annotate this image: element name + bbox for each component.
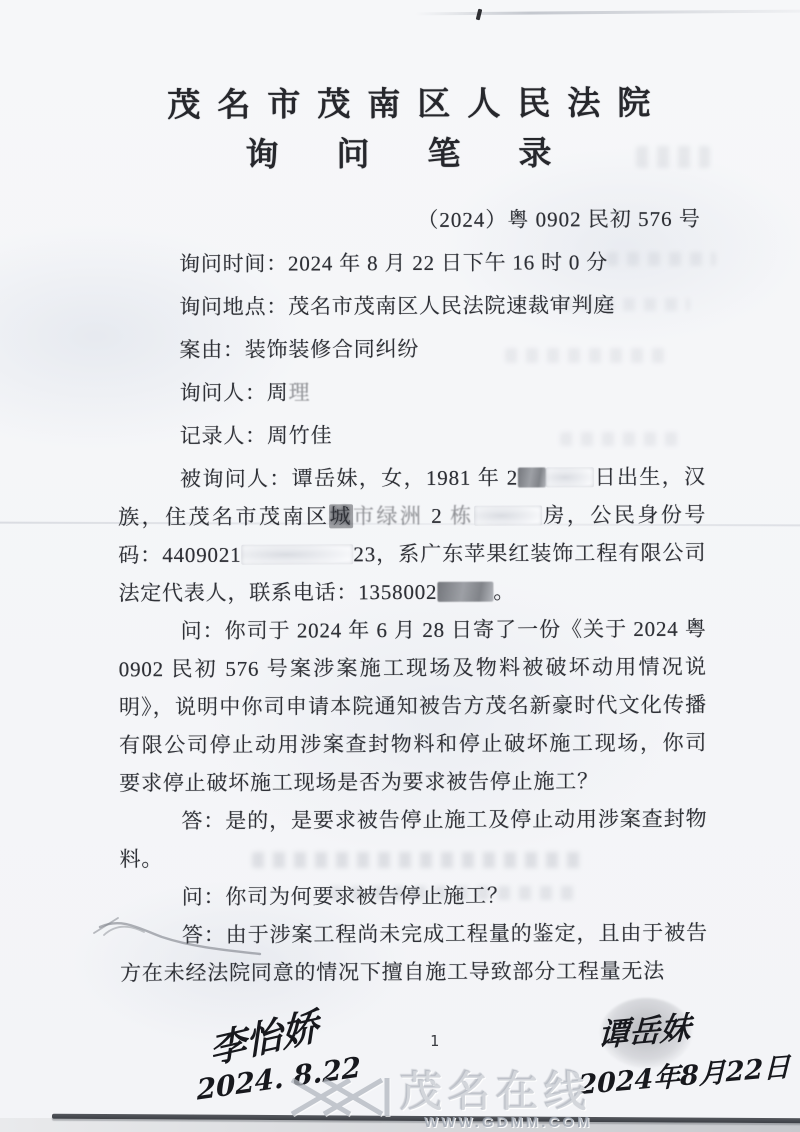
watermark-site-url: WWW.GDMM.COM — [424, 1114, 592, 1131]
watermark-text: 茂名在线 WWW.GDMM.COM — [400, 1070, 592, 1131]
text-segment: 案由：装饰装修合同纠纷 — [179, 337, 419, 362]
text-segment: 问：你司为何要求被告停止施工？ — [182, 884, 509, 909]
text-segment: 询问时间：2024 年 8 月 22 日下午 16 时 0 分 — [179, 250, 608, 276]
page-number: 1 — [430, 1032, 439, 1050]
record-paragraph: 问：你司于 2024 年 6 月 28 日寄了一份《关于 2024 粤 0902… — [119, 610, 708, 803]
text-segment: 栋 — [450, 504, 474, 528]
court-name: 茂名市茂南区人民法院 — [130, 83, 704, 128]
redaction-patch — [474, 505, 542, 525]
text-segment: 市绿洲 — [353, 504, 424, 528]
record-paragraph: 答：是的，是要求被告停止施工及停止动用涉案查封物料。 — [119, 800, 707, 879]
document-content: 茂名市茂南区人民法院 询问笔录 （2024）粤 0902 民初 576 号 询问… — [116, 0, 708, 992]
record-meta-line: 记录人：周竹佳 — [118, 415, 706, 456]
scanned-page: 茂名市茂南区人民法院 询问笔录 （2024）粤 0902 民初 576 号 询问… — [0, 0, 800, 1121]
redaction-patch — [241, 544, 353, 564]
text-segment: 询问人：周 — [179, 381, 288, 405]
text-segment: 2 — [423, 504, 450, 528]
document-body: 询问时间：2024 年 8 月 22 日下午 16 时 0 分询问地点：茂名市茂… — [117, 243, 708, 993]
record-paragraph: 答：由于涉案工程尚未完成工程量的鉴定，且由于被告方在未经法院同意的情况下擅自施工… — [120, 914, 708, 993]
record-meta-line: 案由：装饰装修合同纠纷 — [117, 329, 705, 370]
redaction-patch — [437, 582, 493, 602]
record-paragraph: 问：你司为何要求被告停止施工？ — [120, 876, 708, 917]
redaction-patch — [518, 467, 546, 487]
text-segment: 答：是的，是要求被告停止施工及停止动用涉案查封物料。 — [120, 807, 708, 872]
interviewee-signature: 谭岳妹 — [597, 1002, 691, 1055]
text-segment: 城 — [329, 504, 353, 528]
watermark-site-name: 茂名在线 — [400, 1070, 592, 1114]
redaction-patch — [546, 467, 594, 487]
record-meta-line: 询问地点：茂名市茂南区人民法院速裁审判庭 — [117, 286, 705, 327]
site-watermark: 茂名在线 WWW.GDMM.COM — [288, 1070, 592, 1131]
text-segment: 理 — [288, 380, 310, 404]
record-meta-line: 询问人：周理 — [117, 372, 705, 413]
watermark-logo-icon — [288, 1070, 392, 1124]
text-segment: 询问地点：茂名市茂南区人民法院速裁审判庭 — [179, 293, 615, 319]
text-segment: 答：由于涉案工程尚未完成工程量的鉴定，且由于被告方在未经法院同意的情况下擅自施工… — [120, 921, 708, 986]
text-segment: 记录人：周竹佳 — [180, 423, 333, 448]
case-number: （2024）粤 0902 民初 576 号 — [117, 205, 705, 236]
scanned-document-photo: { "document": { "court_name": "茂名市茂南区人民法… — [0, 0, 800, 1132]
text-segment: 被询问人：谭岳妹，女，1981 年 2 — [180, 466, 518, 491]
record-paragraph: 被询问人：谭岳妹，女，1981 年 2日出生，汉族，住茂名市茂南区城市绿洲 2 … — [118, 458, 707, 613]
text-segment: 。 — [493, 580, 515, 604]
document-title: 询问笔录 — [150, 133, 704, 177]
text-segment: 问：你司于 2024 年 6 月 28 日寄了一份《关于 2024 粤 0902… — [119, 617, 707, 796]
record-meta-line: 询问时间：2024 年 8 月 22 日下午 16 时 0 分 — [117, 243, 705, 284]
